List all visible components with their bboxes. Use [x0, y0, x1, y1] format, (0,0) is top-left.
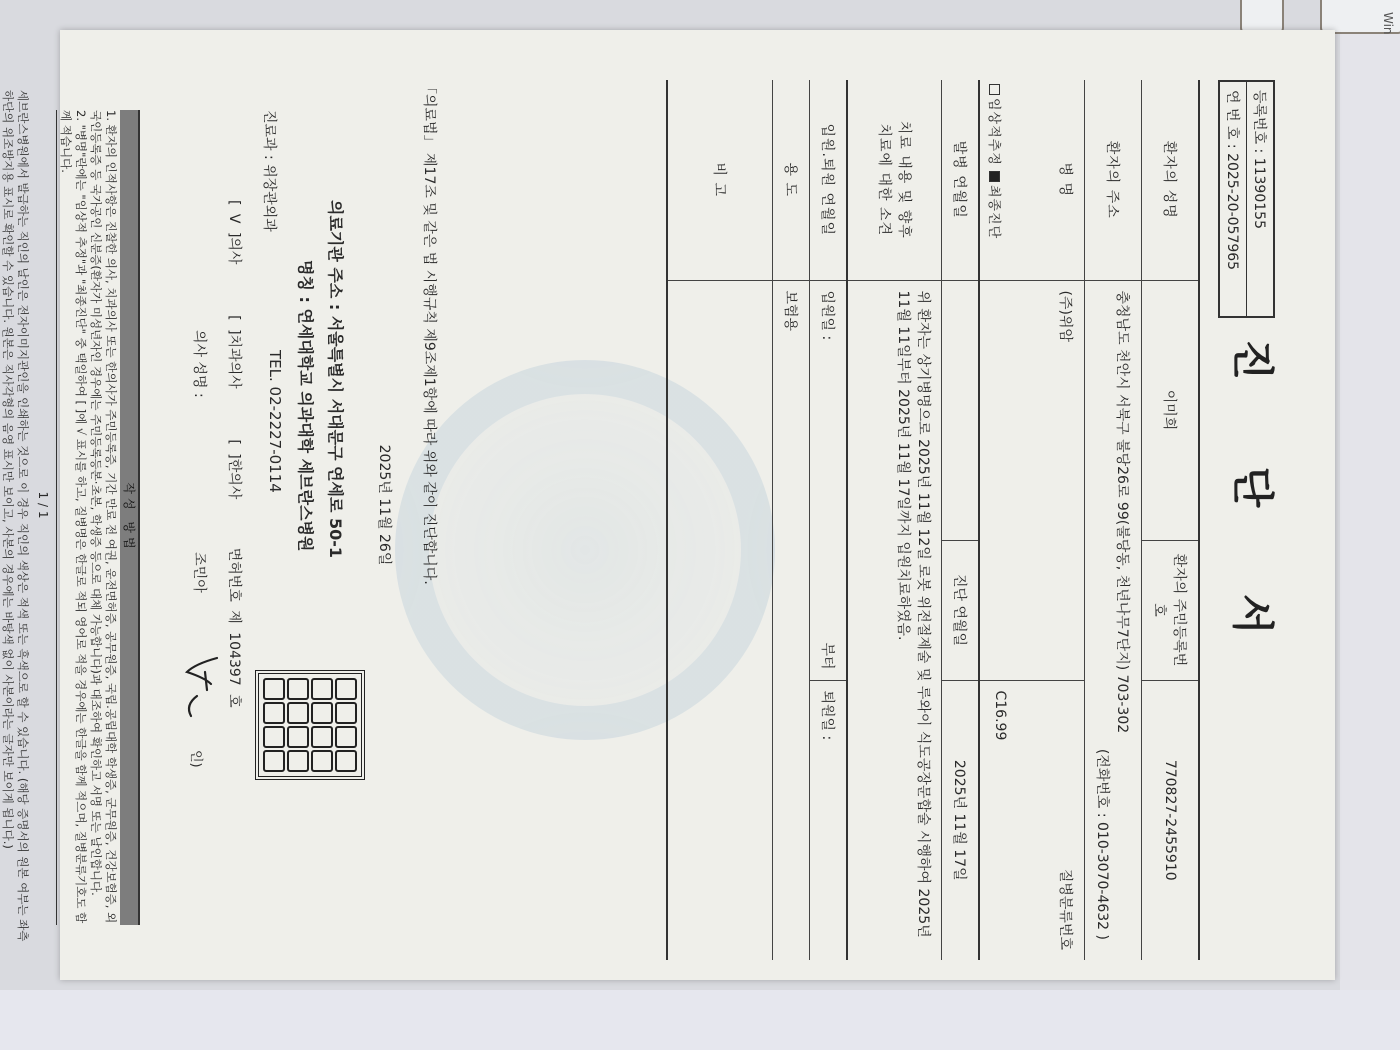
doctor-name-row: 의사 성명 : 조민아 — [190, 330, 210, 593]
address-label: 환자의 주소 — [1085, 80, 1142, 280]
doctor-kind-row: [ V ]의사 [ ]치과의사 [ ]한의사 면허번호 제 104397 호 — [225, 200, 245, 708]
institution-info: 의료기관 주소 : 서울특별시 서대문구 연세로 50-1 명칭 : 연세대학교… — [260, 200, 350, 558]
admission-from: 부터 — [818, 642, 838, 669]
disease-name: (주)위암 — [980, 280, 1085, 680]
purpose: 보험용 — [773, 280, 810, 960]
final-diagnosis-label: 최종진단 — [987, 185, 1002, 239]
disease-label-cell: 병 명 임상적추정 최종진단 — [980, 80, 1085, 280]
clinical-estimate-label: 임상적추정 — [987, 98, 1002, 166]
disease-code-cell: 질병분류번호 C16.99 — [980, 680, 1085, 960]
treatment-label-line-1: 치료 내용 및 향후 — [895, 90, 915, 270]
patient-address: 충청남도 천안시 서북구 불당26로 99(불당동, 천년나무7단지) 703-… — [1113, 291, 1133, 951]
department: 진료과 : 위장관외과 — [260, 110, 280, 232]
institution-name: 명칭 : 연세대학교 의과대학 세브란스병원 — [290, 200, 320, 558]
doctor-name: 조민아 — [191, 402, 207, 593]
disease-label: 병 명 — [1056, 90, 1076, 270]
certificate-form-table: 환자의 성명 이미희 환자의 주민등록번호 770827-2455910 환자의… — [667, 80, 1201, 960]
disease-code-label: 질병분류번호 — [1056, 691, 1076, 951]
treatment-label-line-2: 치료에 대한 소견 — [875, 90, 895, 270]
admission-prefix: 입원일 : — [819, 291, 835, 341]
official-seal-stamp — [255, 670, 365, 780]
diagnosis-date-label: 진단 연월일 — [942, 540, 980, 680]
diagnosis-date: 2025년 11월 17일 — [942, 680, 980, 960]
doctor-name-label: 의사 성명 : — [191, 330, 207, 398]
patient-name-label: 환자의 성명 — [1142, 80, 1200, 280]
treatment-label: 치료 내용 및 향후 치료에 대한 소견 — [847, 80, 942, 280]
footer-divider — [56, 110, 57, 925]
institution-tel: TEL. 02-2227-0114 — [260, 200, 290, 558]
guide-item: 2. "병명"란에는 "임상적 추정"과 "최종진단" 중 택일하여 [ ]에 … — [58, 110, 88, 925]
background-paper-stack — [0, 990, 1400, 1050]
footer-note: 세브란스병원에서 발급하는 직인의 날인은 전자이미지관인을 인쇄하는 것으로 … — [0, 90, 30, 950]
remarks — [668, 280, 773, 960]
medical-certificate-sheet: 등록번호 : 11390155 연 번 호 : 2025-20-057965 진… — [60, 30, 1335, 980]
guide-instructions: 1. 환자의 인적사항은 진찰한 의사, 치과의사 또는 한의사가 주민등록증,… — [58, 110, 118, 925]
discharge-prefix: 퇴원일 : — [810, 680, 848, 960]
doctor-checkbox: [ V ]의사 — [226, 200, 242, 264]
page-number: 1 / 1 — [36, 30, 50, 980]
institution-address: 의료기관 주소 : 서울특별시 서대문구 연세로 50-1 — [320, 200, 350, 558]
issue-date: 2025년 11월 26일 — [375, 30, 395, 980]
oriental-doctor-checkbox: [ ]한의사 — [226, 439, 242, 499]
remarks-label: 비 고 — [668, 80, 773, 280]
keyboard-win-label: Win — [1381, 12, 1395, 35]
patient-phone: (전화번호 : 010-3070-4632 ) — [1093, 291, 1113, 951]
keyboard-key — [1240, 0, 1284, 34]
background-desk — [1340, 0, 1400, 1050]
dentist-checkbox: [ ]치과의사 — [226, 315, 242, 388]
treatment-opinion: 위 환자는 상기병명으로 2025년 11월 12일 로봇 위전절제술 및 루와… — [847, 280, 942, 960]
clinical-estimate-checkbox — [990, 84, 1001, 95]
disease-code: C16.99 — [993, 691, 1009, 741]
license-number: 면허번호 제 104397 호 — [226, 508, 242, 708]
onset-date-label: 발병 연월일 — [942, 80, 980, 280]
final-diagnosis-checkbox — [990, 171, 1001, 182]
law-statement: 「의료법」 제17조 및 같은 법 시행규칙 제9조제1항에 따라 위와 같이 … — [420, 80, 440, 585]
guide-item: 1. 환자의 인적사항은 진찰한 의사, 치과의사 또는 한의사가 주민등록증,… — [88, 110, 118, 925]
guide-title: 작성 방법 — [120, 110, 140, 925]
seal-mark: 인) — [188, 750, 207, 768]
doctor-signature — [180, 650, 225, 720]
diagnosis-type: 임상적추정 최종진단 — [987, 84, 1006, 239]
onset-date — [942, 280, 980, 540]
patient-rrn: 770827-2455910 — [1142, 680, 1200, 960]
document-title: 진 단 서 — [1225, 30, 1285, 980]
address-cell: 충청남도 천안시 서북구 불당26로 99(불당동, 천년나무7단지) 703-… — [1085, 280, 1142, 960]
patient-rrn-label: 환자의 주민등록번호 — [1142, 540, 1200, 680]
patient-name: 이미희 — [1142, 280, 1200, 540]
admission-label: 입원.퇴원 연월일 — [810, 80, 848, 280]
admission-date-cell: 입원일 : 부터 — [810, 280, 848, 680]
purpose-label: 용 도 — [773, 80, 810, 280]
